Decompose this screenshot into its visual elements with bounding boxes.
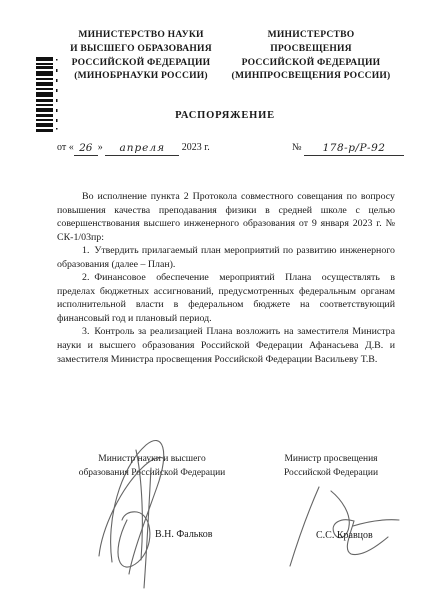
date-prefix: от « xyxy=(57,142,74,153)
signatory-title-left: Министр науки и высшего образования Росс… xyxy=(55,452,249,480)
signatory-title-right-line: Российской Федерации xyxy=(271,466,391,480)
ministry-left-line: И ВЫСШЕГО ОБРАЗОВАНИЯ xyxy=(55,42,227,56)
signatory-title-right-line: Министр просвещения xyxy=(271,452,391,466)
document-number-line: № 178-р/Р-92 xyxy=(292,141,404,155)
ministry-left-line: МИНИСТЕРСТВО НАУКИ xyxy=(55,28,227,42)
document-page: МИНИСТЕРСТВО НАУКИ И ВЫСШЕГО ОБРАЗОВАНИЯ… xyxy=(0,0,424,600)
date-close-quote: » xyxy=(98,142,103,153)
ministry-left-line: (МИНОБРНАУКИ РОССИИ) xyxy=(55,69,227,83)
signatory-title-left-line: Министр науки и высшего xyxy=(55,452,249,466)
paragraph-item-2: 2. Финансовое обеспечение мероприятий Пл… xyxy=(57,271,395,325)
signature-kravtsov xyxy=(290,487,399,566)
document-title: РАСПОРЯЖЕНИЕ xyxy=(113,110,337,121)
signatory-title-left-line: образования Российской Федерации xyxy=(55,466,249,480)
ministry-right-line: (МИНПРОСВЕЩЕНИЯ РОССИИ) xyxy=(228,69,394,83)
handwritten-number: 178-р/Р-92 xyxy=(304,142,404,156)
signatory-title-right: Министр просвещения Российской Федерации xyxy=(271,452,391,480)
ministry-right-line: МИНИСТЕРСТВО xyxy=(228,28,394,42)
date-year: 2023 г. xyxy=(182,142,210,153)
ministry-left-header: МИНИСТЕРСТВО НАУКИ И ВЫСШЕГО ОБРАЗОВАНИЯ… xyxy=(55,28,227,83)
handwritten-month: апреля xyxy=(105,142,179,156)
document-body: Во исполнение пункта 2 Протокола совмест… xyxy=(57,190,395,366)
signatory-name-left: В.Н. Фальков xyxy=(155,529,212,540)
ministry-right-line: ПРОСВЕЩЕНИЯ xyxy=(228,42,394,56)
paragraph-preamble: Во исполнение пункта 2 Протокола совмест… xyxy=(57,190,395,244)
signatory-name-right: С.С. Кравцов xyxy=(316,530,373,541)
paragraph-item-1: 1. Утвердить прилагаемый план мероприяти… xyxy=(57,244,395,271)
date-line: от «26» апреля 2023 г. xyxy=(57,141,210,155)
number-label: № xyxy=(292,142,302,153)
ministry-right-header: МИНИСТЕРСТВО ПРОСВЕЩЕНИЯ РОССИЙСКОЙ ФЕДЕ… xyxy=(228,28,394,83)
handwritten-day: 26 xyxy=(74,142,98,156)
ministry-left-line: РОССИЙСКОЙ ФЕДЕРАЦИИ xyxy=(55,56,227,70)
ministry-right-line: РОССИЙСКОЙ ФЕДЕРАЦИИ xyxy=(228,56,394,70)
paragraph-item-3: 3. Контроль за реализацией Плана возложи… xyxy=(57,325,395,366)
